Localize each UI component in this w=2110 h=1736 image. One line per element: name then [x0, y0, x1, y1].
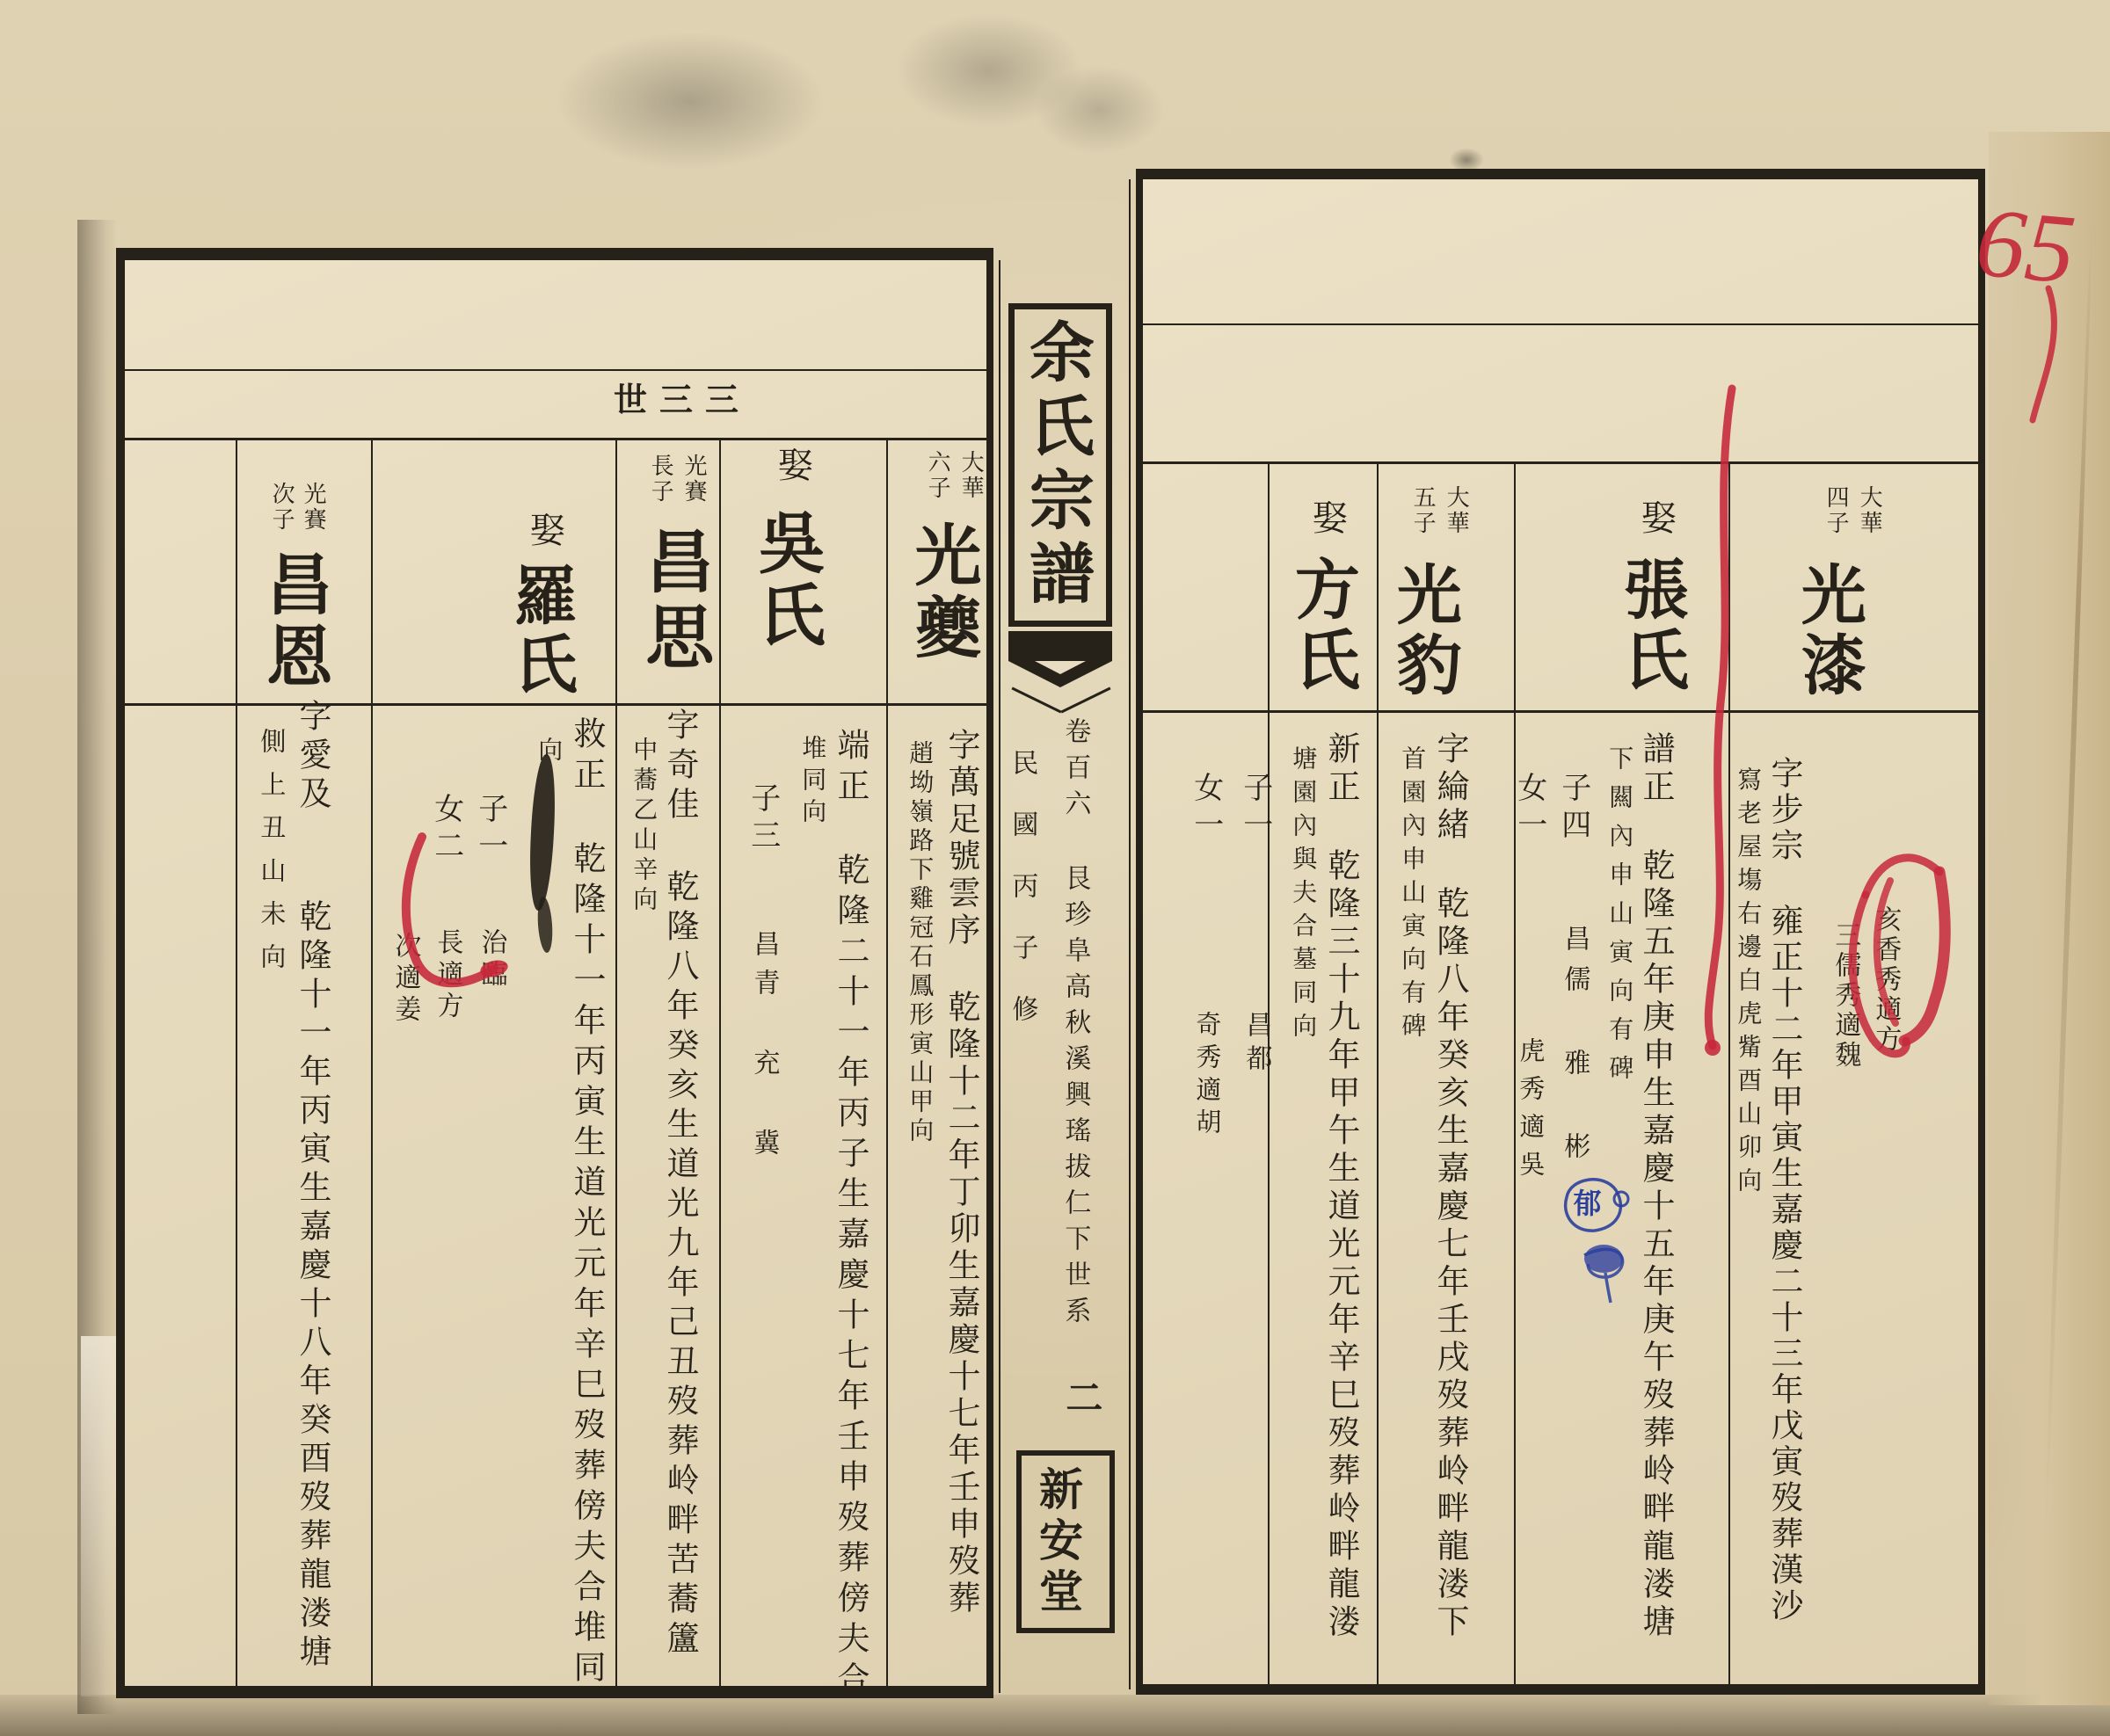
- book-title: 余氏宗譜: [1020, 318, 1090, 614]
- person-name: 方氏: [1285, 556, 1356, 696]
- entry-detail: 字奇佳 乾隆八年癸亥生道光九年己丑歿葬岭畔苦蕎籚: [661, 708, 696, 1660]
- person-name: 昌恩: [257, 549, 329, 694]
- rule: [1143, 323, 1978, 325]
- sons-names: 昌都: [1241, 1011, 1270, 1078]
- entry-prefix: 娶: [1637, 499, 1675, 534]
- bottom-edge-shadow: [0, 1695, 2110, 1736]
- entry-detail: 譜正 乾隆五年庚申生嘉慶十五年庚午歿葬岭畔龍溇塘: [1637, 731, 1672, 1642]
- sons-label: 子三: [746, 782, 778, 856]
- rule: [125, 438, 986, 440]
- person-name: 昌思: [637, 526, 710, 677]
- entry-prefix: 四子: [1823, 485, 1848, 536]
- person-name: 羅氏: [505, 563, 573, 700]
- entry-prefix: 五子: [1410, 485, 1435, 536]
- right-margin-torn-edge: [1989, 132, 2110, 1705]
- stain: [888, 9, 1090, 132]
- entry-note: 中蕎乙山辛向: [629, 737, 656, 916]
- fishtail-notch: [1035, 661, 1086, 674]
- rule: [125, 369, 986, 371]
- sons-label: 子一: [1238, 772, 1270, 846]
- sons-names: 昌青 充 冀: [749, 930, 777, 1167]
- sons-label: 子一: [473, 793, 506, 867]
- entry-note: 堆同向: [798, 735, 825, 830]
- column-separator: [371, 438, 373, 1686]
- person-name: 光漆: [1792, 561, 1862, 701]
- sons-names: 昌儒 雅 彬: [1560, 925, 1588, 1173]
- spine-inner-line-left: [999, 260, 1000, 1693]
- daughters-names: 長適方: [433, 928, 461, 1023]
- entry-prefix: 娶: [1308, 499, 1346, 534]
- entry-prefix: 娶: [774, 447, 811, 482]
- entry-detail: 救正 乾隆十一年丙寅生道光元年辛巳歿葬傍夫合堆同: [568, 716, 603, 1690]
- entry-prefix: 光賽: [681, 454, 706, 505]
- daughters-names: 奇秀適胡: [1192, 1011, 1219, 1141]
- entry-prefix: 大華: [958, 450, 983, 501]
- entry-detail: 字愛及 乾隆十一年丙寅生嘉慶十八年癸酉歿葬龍溇塘: [294, 699, 329, 1673]
- column-separator: [886, 438, 888, 1686]
- stain: [1029, 62, 1169, 158]
- fishtail-chevron-line: [1011, 687, 1061, 714]
- generation-marker: 世三三: [614, 373, 751, 421]
- sons-label: 子四: [1556, 772, 1589, 846]
- daughters-label: 女二: [429, 793, 462, 867]
- genealogy-book-scan: 余氏宗譜 卷百六 艮珍阜高秋溪興瑤拔仁下世系 民國丙子修 二 新安堂 大華 四子…: [0, 0, 2110, 1736]
- stain: [545, 26, 835, 176]
- entry-prefix: 次子: [269, 482, 294, 533]
- column-separator: [719, 438, 721, 1686]
- spine-inner-line-right: [1129, 179, 1131, 1689]
- column-separator: [1728, 461, 1730, 1684]
- fishtail-ornament: [1008, 631, 1112, 661]
- rule: [125, 703, 986, 706]
- column-separator: [1377, 461, 1379, 1684]
- daughters-label: 女一: [1189, 772, 1221, 846]
- margin-number-red: 65: [1972, 185, 2080, 307]
- spine-page-number: 二: [1060, 1378, 1100, 1415]
- spine-volume-line: 卷百六 艮珍阜高秋溪興瑤拔仁下世系: [1060, 717, 1088, 1333]
- entry-detail: 字萬足號雲序 乾隆十二年丁卯生嘉慶十七年壬申歿葬: [942, 728, 978, 1617]
- son-name-blue-added: 郁: [1570, 1188, 1601, 1217]
- entry-prefix: 光賽: [301, 482, 325, 533]
- entry-note: 趙坳嶺路下雞冠石鳳形寅山甲向: [906, 740, 932, 1146]
- hall-name: 新安堂: [1034, 1466, 1081, 1619]
- entry-detail: 端正 乾隆二十一年丙子生嘉慶十七年壬申歿葬傍夫合: [832, 728, 867, 1702]
- entry-detail: 新正 乾隆三十九年甲午生道光元年辛巳歿葬岭畔龍溇: [1322, 731, 1357, 1642]
- person-name: 吳氏: [749, 508, 821, 652]
- entry-note: 首園內申山寅向有碑: [1398, 745, 1424, 1046]
- daughters-names: 次適姜: [390, 932, 418, 1027]
- spine-edition-line: 民國丙子修: [1008, 749, 1036, 1057]
- entry-note: 側上丑山未向: [257, 728, 284, 986]
- entry-note: 塘園內與夫合墓同向: [1289, 745, 1315, 1046]
- daughters-names: 虎秀適吳: [1516, 1037, 1543, 1188]
- entry-note: 下闗內申山寅向有碑: [1605, 745, 1632, 1093]
- daughters-label: 女一: [1512, 772, 1545, 846]
- entry-prefix: 六子: [925, 450, 949, 501]
- entry-detail: 字步宗 雍正十二年甲寅生嘉慶二十三年戊寅歿葬漢沙: [1765, 756, 1801, 1624]
- entry-note: 寫老屋塲右邊白虎觜酉山卯向: [1734, 766, 1760, 1201]
- entry-prefix: 大華: [1444, 485, 1468, 536]
- marriage-note: 亥香秀適方: [1871, 905, 1899, 1055]
- person-name: 光豹: [1387, 561, 1458, 701]
- column-separator: [236, 438, 237, 1686]
- person-name: 張氏: [1614, 556, 1684, 696]
- sons-names: 治臨: [477, 928, 505, 991]
- entry-detail: 字綸緒 乾隆八年癸亥生嘉慶七年壬戌歿葬岭畔龍溇下: [1431, 731, 1466, 1642]
- fishtail-chevron-line: [1060, 687, 1110, 714]
- column-separator: [615, 438, 617, 1686]
- entry-prefix: 大華: [1857, 485, 1881, 536]
- marriage-note: 三儒秀適魏: [1830, 921, 1859, 1071]
- person-name: 光夔: [906, 520, 978, 665]
- entry-prefix: 長子: [648, 454, 673, 505]
- entry-prefix: 娶: [526, 512, 564, 547]
